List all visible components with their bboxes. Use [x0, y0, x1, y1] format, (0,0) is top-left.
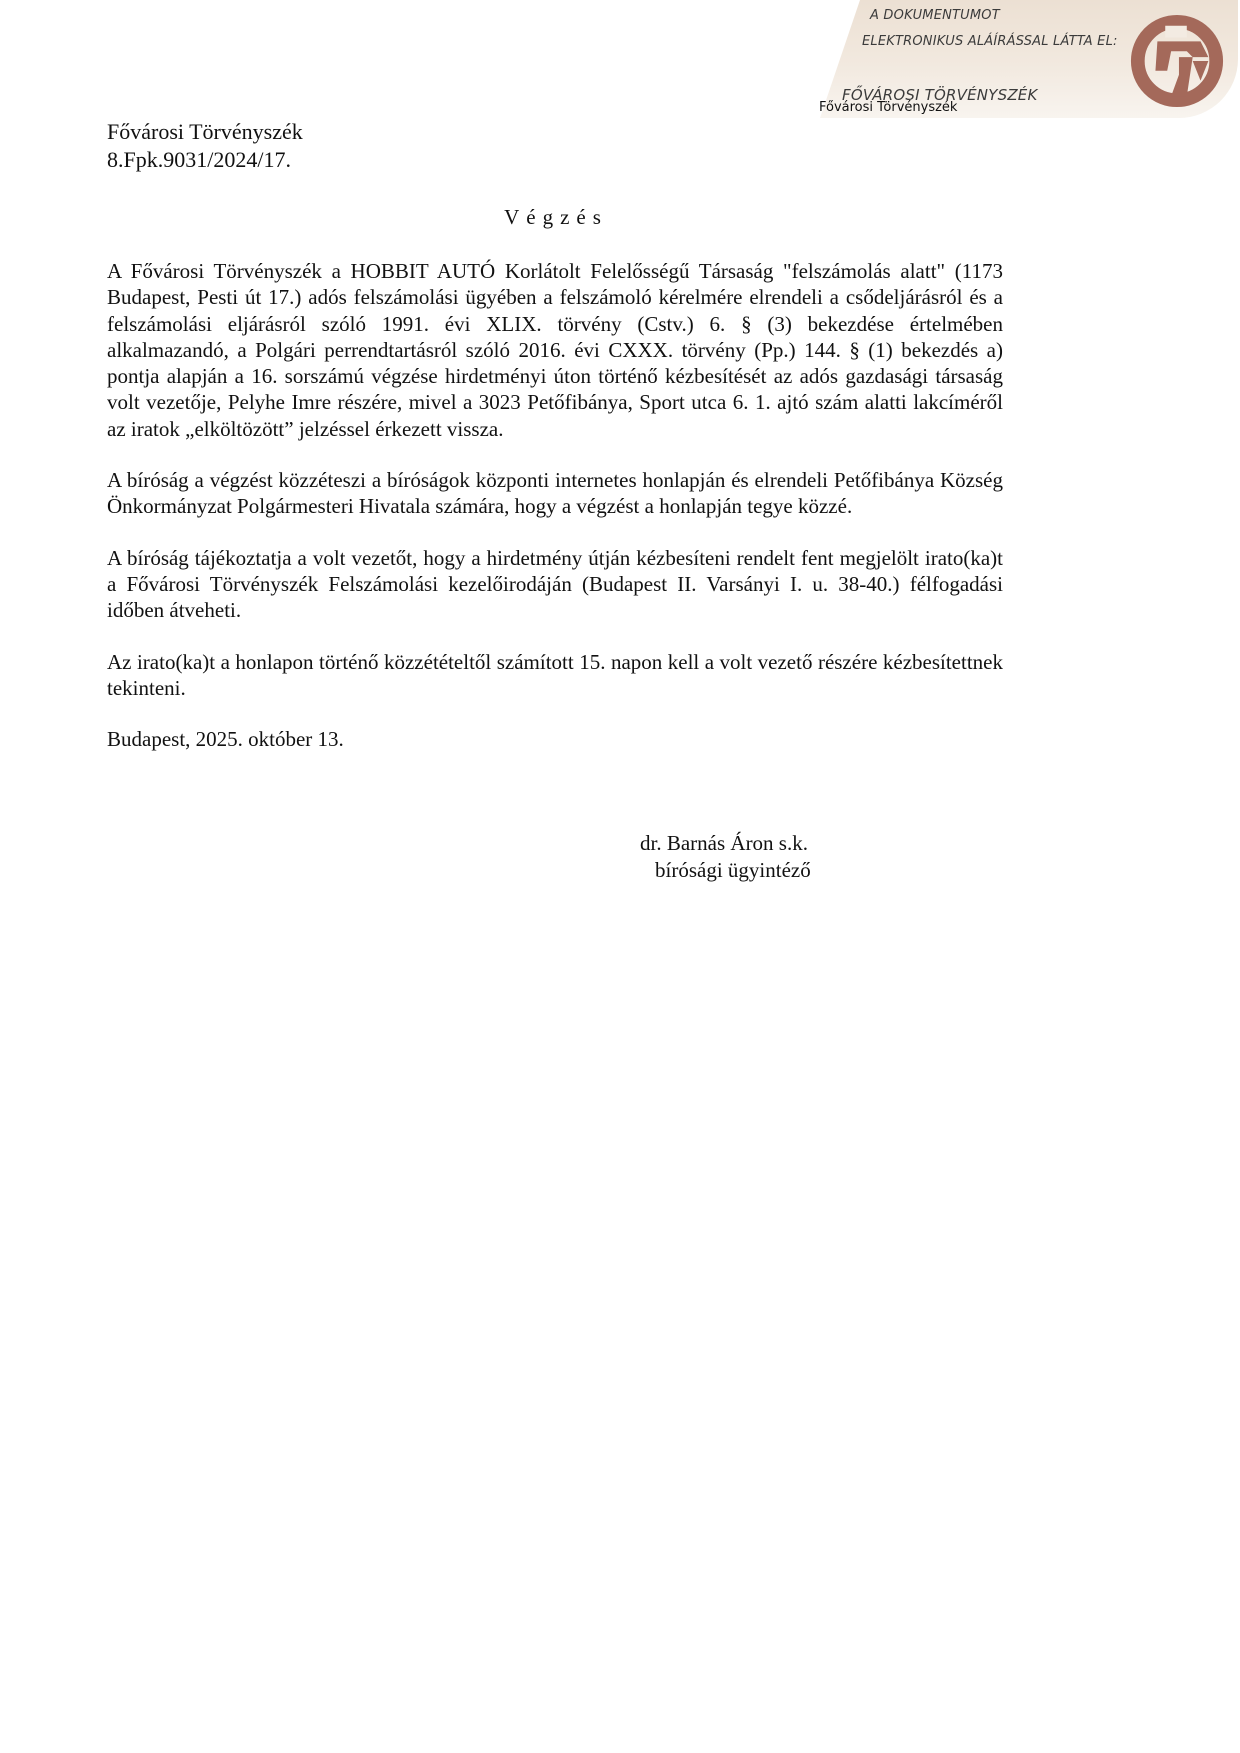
signature-block: dr. Barnás Áron s.k. bírósági ügyintéző — [640, 830, 811, 884]
document-body: A Fővárosi Törvényszék a HOBBIT AUTÓ Kor… — [107, 258, 1003, 777]
paragraph-notice: A bíróság tájékoztatja a volt vezetőt, h… — [107, 545, 1003, 624]
stamp-overlay-text: Fővárosi Törvényszék — [819, 100, 957, 115]
signatory-name: dr. Barnás Áron s.k. — [640, 830, 811, 857]
stamp-line-1: A DOKUMENTUMOT — [870, 8, 1000, 23]
stamp-line-2: ELEKTRONIKUS ALÁÍRÁSSAL LÁTTA EL: — [862, 34, 1118, 49]
case-number: 8.Fpk.9031/2024/17. — [107, 146, 303, 174]
court-name: Fővárosi Törvényszék — [107, 118, 303, 146]
date-line: Budapest, 2025. október 13. — [107, 726, 1003, 752]
signatory-role: bírósági ügyintéző — [640, 857, 811, 884]
paragraph-publication: A bíróság a végzést közzéteszi a bíróság… — [107, 467, 1003, 520]
document-title: Végzés — [0, 205, 1112, 230]
court-logo-icon — [1128, 12, 1226, 110]
paragraph-order: A Fővárosi Törvényszék a HOBBIT AUTÓ Kor… — [107, 258, 1003, 442]
document-header: Fővárosi Törvényszék 8.Fpk.9031/2024/17. — [107, 118, 303, 174]
paragraph-delivery: Az irato(ka)t a honlapon történő közzété… — [107, 649, 1003, 702]
